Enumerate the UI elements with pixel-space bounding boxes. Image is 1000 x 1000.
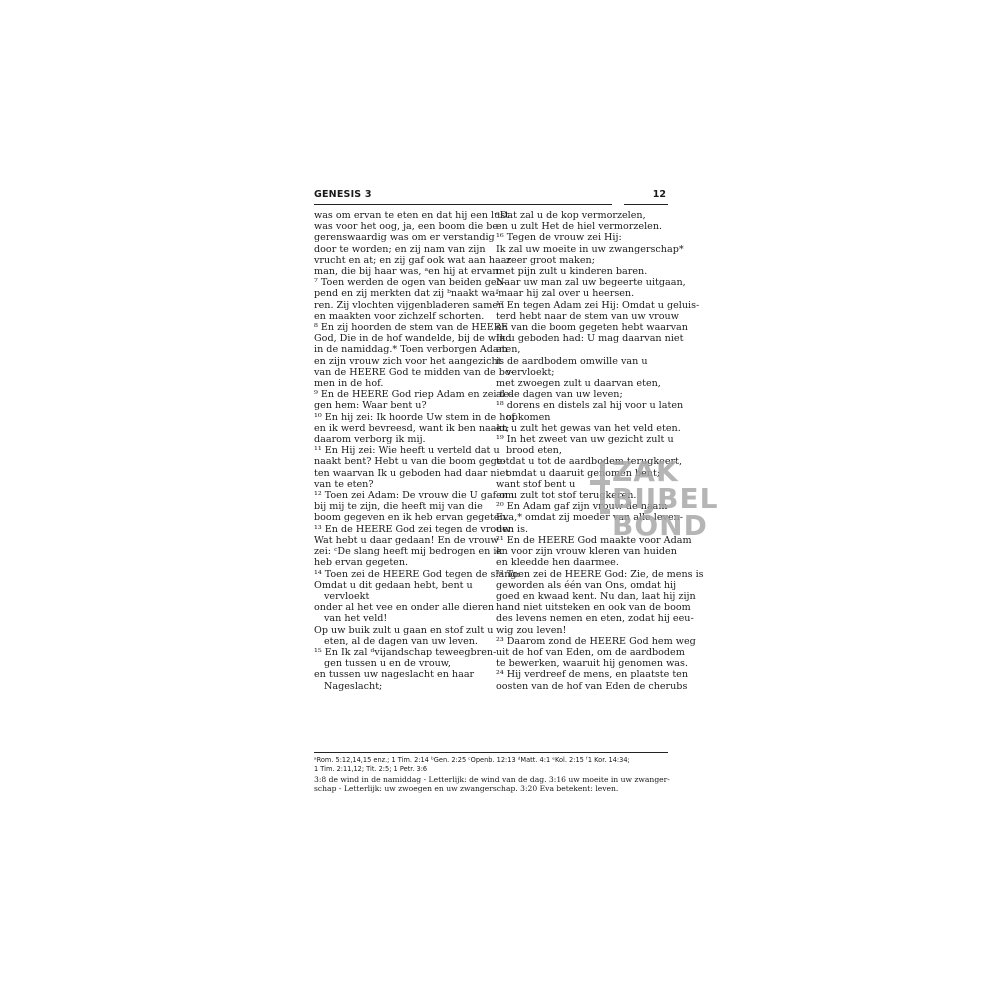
text-line: ¹⁹ In het zweet van uw gezicht zult u xyxy=(496,434,668,445)
text-line: ¹⁵ En Ik zal ᵈvijandschap teweegbren- xyxy=(314,647,486,658)
text-line: men in de hof. xyxy=(314,378,486,389)
text-line: ²⁴ Hij verdreef de mens, en plaatste ten xyxy=(496,669,668,680)
text-line: ᵉDat zal u de kop vermorzelen, xyxy=(496,210,668,221)
text-line: al de dagen van uw leven; xyxy=(496,389,668,400)
text-line: ¹⁴ Toen zei de HEERE God tegen de slang: xyxy=(314,569,486,580)
text-line: ⁸ En zij hoorden de stem van de HEERE xyxy=(314,322,486,333)
logo-cross-arm xyxy=(590,480,610,485)
text-line: en u zult Het de hiel vermorzelen. xyxy=(496,221,668,232)
text-line: God, Die in de hof wandelde, bij de wind xyxy=(314,333,486,344)
text-line: zei: ᶜDe slang heeft mij bedrogen en ik xyxy=(314,546,486,557)
text-line: Ik zal uw moeite in uw zwangerschap* xyxy=(496,244,668,255)
cross-ref-line-1: ᵃRom. 5:12,14,15 enz.; 1 Tim. 2:14 ᵇGen.… xyxy=(314,756,668,765)
note-line-1: 3:8 de wind in de namiddag - Letterlijk:… xyxy=(314,775,668,784)
cross-references: ᵃRom. 5:12,14,15 enz.; 1 Tim. 2:14 ᵇGen.… xyxy=(314,756,668,794)
text-line: eten, xyxy=(496,344,668,355)
text-line: is de aardbodem omwille van u xyxy=(496,356,668,367)
text-line: met pijn zult u kinderen baren. xyxy=(496,266,668,277)
text-line: vervloekt xyxy=(314,591,486,602)
text-line: man, die bij haar was, ᵃen hij at ervan. xyxy=(314,266,486,277)
logo-text-zak: ZAK xyxy=(612,458,679,485)
text-line: ¹⁷ En tegen Adam zei Hij: Omdat u geluis… xyxy=(496,300,668,311)
logo-cross-icon xyxy=(600,462,605,514)
page-number: 12 xyxy=(653,189,666,200)
header-rule-right xyxy=(624,204,668,205)
text-line: ¹² Toen zei Adam: De vrouw die U gaf om xyxy=(314,490,486,501)
logo-text-bond: BOND xyxy=(612,512,708,539)
text-line: was voor het oog, ja, een boom die be- xyxy=(314,221,486,232)
text-line: en tussen uw nageslacht en haar xyxy=(314,669,486,680)
text-line: van het veld! xyxy=(314,613,486,624)
text-line: terd hebt naar de stem van uw vrouw xyxy=(496,311,668,322)
text-line: des levens nemen en eten, zodat hij eeu- xyxy=(496,613,668,624)
text-line: pend en zij merkten dat zij ᵇnaakt wa- xyxy=(314,288,486,299)
text-line: opkomen xyxy=(496,412,668,423)
text-line: Nageslacht; xyxy=(314,681,486,692)
text-line: ²³ Daarom zond de HEERE God hem weg xyxy=(496,636,668,647)
text-line: hand niet uitsteken en ook van de boom xyxy=(496,602,668,613)
text-line: en zijn vrouw zich voor het aangezicht xyxy=(314,356,486,367)
header-rule-left xyxy=(314,204,612,205)
text-line: vervloekt; xyxy=(496,367,668,378)
text-line: eten, al de dagen van uw leven. xyxy=(314,636,486,647)
text-line: ⁹ En de HEERE God riep Adam en zei te- xyxy=(314,389,486,400)
text-line: goed en kwaad kent. Nu dan, laat hij zij… xyxy=(496,591,668,602)
logo-text-bijbel: BIJBEL xyxy=(612,485,719,512)
text-line: ¹⁰ En hij zei: Ik hoorde Uw stem in de h… xyxy=(314,412,486,423)
text-line: Op uw buik zult u gaan en stof zult u xyxy=(314,625,486,636)
text-line: oosten van de hof van Eden de cherubs xyxy=(496,681,668,692)
text-line: naakt bent? Hebt u van die boom gege- xyxy=(314,456,486,467)
text-line: geworden als één van Ons, omdat hij xyxy=(496,580,668,591)
footnote-rule xyxy=(314,752,668,753)
text-line: Ik u geboden had: U mag daarvan niet xyxy=(496,333,668,344)
text-line: ren. Zij vlochten vijgenbladeren samen xyxy=(314,300,486,311)
text-line: ¹⁶ Tegen de vrouw zei Hij: xyxy=(496,232,668,243)
text-line: en voor zijn vrouw kleren van huiden xyxy=(496,546,668,557)
left-column: was om ervan te eten en dat hij een lust… xyxy=(314,210,486,692)
text-line: en maakten voor zichzelf schorten. xyxy=(314,311,486,322)
text-line: en u zult het gewas van het veld eten. xyxy=(496,423,668,434)
text-line: gen tussen u en de vrouw, xyxy=(314,658,486,669)
text-line: boom gegeven en ik heb ervan gegeten. xyxy=(314,512,486,523)
text-line: gen hem: Waar bent u? xyxy=(314,400,486,411)
text-line: ᶠmaar hij zal over u heersen. xyxy=(496,288,668,299)
text-line: ²² Toen zei de HEERE God: Zie, de mens i… xyxy=(496,569,668,580)
text-line: uit de hof van Eden, om de aardbodem xyxy=(496,647,668,658)
text-line: vrucht en at; en zij gaf ook wat aan haa… xyxy=(314,255,486,266)
text-line: in de namiddag.* Toen verborgen Adam xyxy=(314,344,486,355)
text-line: ten waarvan Ik u geboden had daar niet xyxy=(314,468,486,479)
zakbijbelbond-watermark-logo: ZAK BIJBEL BOND xyxy=(590,458,730,542)
text-line: van de HEERE God te midden van de bo- xyxy=(314,367,486,378)
bible-page: GENESIS 3 12 was om ervan te eten en dat… xyxy=(314,186,668,206)
text-line: Naar uw man zal uw begeerte uitgaan, xyxy=(496,277,668,288)
text-line: Omdat u dit gedaan hebt, bent u xyxy=(314,580,486,591)
text-line: daarom verborg ik mij. xyxy=(314,434,486,445)
text-line: van te eten? xyxy=(314,479,486,490)
text-line: en kleedde hen daarmee. xyxy=(496,557,668,568)
footnotes: ᵃRom. 5:12,14,15 enz.; 1 Tim. 2:14 ᵇGen.… xyxy=(314,752,668,794)
text-line: en ik werd bevreesd, want ik ben naakt; xyxy=(314,423,486,434)
text-line: gerenswaardig was om er verstandig xyxy=(314,232,486,243)
cross-ref-line-2: 1 Tim. 2:11,12; Tit. 2:5; 1 Petr. 3:6 xyxy=(314,765,668,774)
text-line: en van die boom gegeten hebt waarvan xyxy=(496,322,668,333)
text-line: ¹¹ En Hij zei: Wie heeft u verteld dat u xyxy=(314,445,486,456)
text-line: onder al het vee en onder alle dieren xyxy=(314,602,486,613)
text-line: Wat hebt u daar gedaan! En de vrouw xyxy=(314,535,486,546)
text-line: ¹⁸ dorens en distels zal hij voor u late… xyxy=(496,400,668,411)
text-line: heb ervan gegeten. xyxy=(314,557,486,568)
text-line: was om ervan te eten en dat hij een lust xyxy=(314,210,486,221)
text-line: zeer groot maken; xyxy=(496,255,668,266)
text-line: door te worden; en zij nam van zijn xyxy=(314,244,486,255)
text-line: ¹³ En de HEERE God zei tegen de vrouw: xyxy=(314,524,486,535)
text-line: te bewerken, waaruit hij genomen was. xyxy=(496,658,668,669)
note-line-2: schap - Letterlijk: uw zwoegen en uw zwa… xyxy=(314,784,668,793)
logo-cross-foot xyxy=(600,509,610,514)
page-header: GENESIS 3 12 xyxy=(314,186,668,206)
text-line: wig zou leven! xyxy=(496,625,668,636)
text-line: met zwoegen zult u daarvan eten, xyxy=(496,378,668,389)
text-line: ⁷ Toen werden de ogen van beiden geo- xyxy=(314,277,486,288)
book-chapter-title: GENESIS 3 xyxy=(314,189,372,200)
text-line: bij mij te zijn, die heeft mij van die xyxy=(314,501,486,512)
right-column: ᵉDat zal u de kop vermorzelen,en u zult … xyxy=(496,210,668,692)
